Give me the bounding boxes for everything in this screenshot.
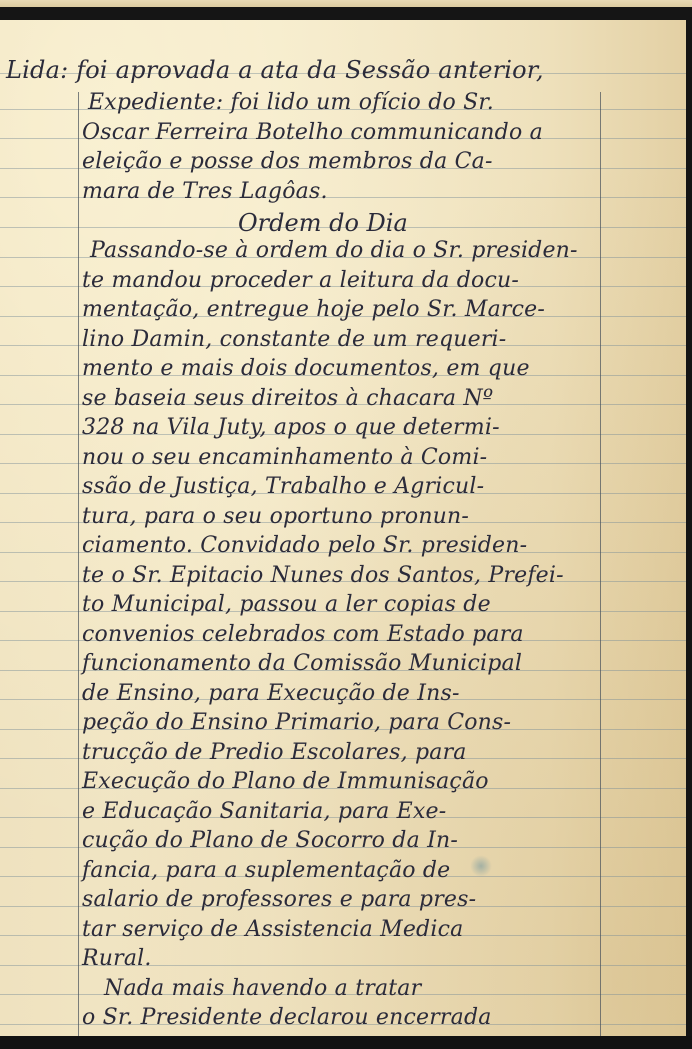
handwritten-line: de Ensino, para Execução de Ins- — [82, 683, 460, 705]
handwritten-line: Oscar Ferreira Botelho communicando a — [82, 122, 543, 144]
handwritten-line: Lida: foi aprovada a ata da Sessão anter… — [6, 58, 544, 82]
handwritten-line: to Municipal, passou a ler copias de — [82, 594, 491, 616]
handwritten-line: peção do Ensino Primario, para Cons- — [82, 712, 511, 734]
handwritten-line: Rural. — [82, 948, 152, 970]
handwritten-line: cução do Plano de Socorro da In- — [82, 830, 458, 852]
handwritten-line: Passando-se à ordem do dia o Sr. preside… — [90, 240, 578, 262]
handwritten-line: Execução do Plano de Immunisação — [82, 771, 489, 793]
ledger-page: Lida: foi aprovada a ata da Sessão anter… — [0, 20, 686, 1036]
handwritten-line: te o Sr. Epitacio Nunes dos Santos, Pref… — [82, 565, 564, 587]
handwritten-line: ssão de Justiça, Trabalho e Agricul- — [82, 476, 484, 498]
right-frame-edge — [686, 20, 692, 1036]
handwritten-line: convenios celebrados com Estado para — [82, 624, 524, 646]
handwritten-line: e Educação Sanitaria, para Exe- — [82, 801, 446, 823]
handwritten-line: mento e mais dois documentos, em que — [82, 358, 530, 380]
handwritten-line: funcionamento da Comissão Municipal — [82, 653, 522, 675]
handwritten-line: lino Damin, constante de um requeri- — [82, 329, 506, 351]
handwritten-line: ciamento. Convidado pelo Sr. presiden- — [82, 535, 527, 557]
handwritten-line: fancia, para a suplementação de — [82, 860, 450, 882]
handwritten-line: mentação, entregue hoje pelo Sr. Marce- — [82, 299, 545, 321]
handwritten-line: Expediente: foi lido um ofício do Sr. — [88, 92, 494, 114]
document-viewer: Lida: foi aprovada a ata da Sessão anter… — [0, 0, 692, 1049]
section-heading: Ordem do Dia — [238, 209, 408, 237]
handwritten-line: tar serviço de Assistencia Medica — [82, 919, 463, 941]
ink-stain — [470, 855, 492, 877]
handwritten-line: te mandou proceder a leitura da docu- — [82, 270, 519, 292]
handwritten-line: Nada mais havendo a tratar — [104, 978, 421, 1000]
handwritten-line: se baseia seus direitos à chacara Nº — [82, 388, 493, 410]
handwritten-line: 328 na Vila Juty, apos o que determi- — [82, 417, 500, 439]
handwritten-line: salario de professores e para pres- — [82, 889, 476, 911]
top-frame-bar — [0, 7, 692, 20]
handwritten-line: eleição e posse dos membros da Ca- — [82, 151, 493, 173]
right-margin-line — [600, 92, 601, 1036]
previous-page-edge — [0, 0, 692, 7]
handwritten-line: nou o seu encaminhamento à Comi- — [82, 447, 487, 469]
left-margin-line — [78, 92, 79, 1036]
bottom-frame-bar — [0, 1036, 692, 1049]
handwritten-line: mara de Tres Lagôas. — [82, 181, 328, 203]
handwritten-line: o Sr. Presidente declarou encerrada — [82, 1007, 492, 1029]
handwritten-line: trucção de Predio Escolares, para — [82, 742, 467, 764]
handwritten-line: tura, para o seu oportuno pronun- — [82, 506, 469, 528]
